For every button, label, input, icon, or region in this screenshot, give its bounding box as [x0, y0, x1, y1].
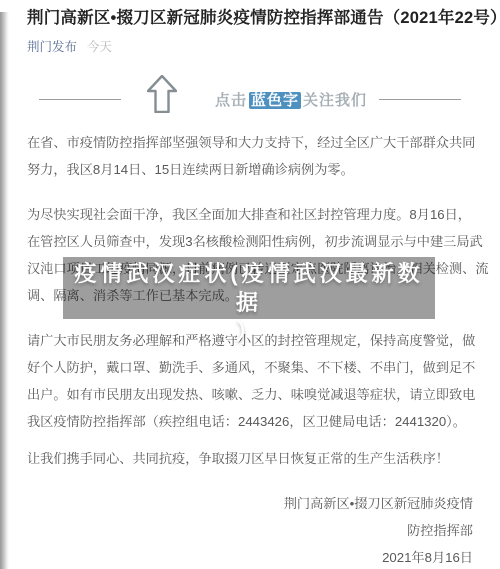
follow-text-highlight: 蓝色字 — [249, 92, 301, 109]
publish-time: 今天 — [87, 40, 112, 54]
divider-line-right — [379, 99, 461, 100]
article-title: 荆门高新区•掇刀区新冠肺炎疫情防控指挥部通告（2021年22号） — [27, 6, 473, 30]
divider-line-left — [39, 99, 121, 100]
watermark-overlay: 疫情武汉症状(疫情武汉最新数据 ） — [63, 257, 435, 319]
article-body: 在省、市疫情防控指挥部坚强领导和大力支持下，经过全区广大干部群众共同 努力，我区… — [0, 129, 500, 569]
signature-line-2: 防控指挥部 — [27, 517, 473, 544]
paragraph-4: 让我们携手同心、共同抗疫，争取掇刀区早日恢复正常的生产生活秩序！ — [27, 445, 473, 472]
account-name-link[interactable]: 荆门发布 — [27, 40, 77, 54]
paragraph-1: 在省、市疫情防控指挥部坚强领导和大力支持下，经过全区广大干部群众共同 努力，我区… — [27, 129, 473, 183]
signature-line-1: 荆门高新区•掇刀区新冠肺炎疫情 — [27, 490, 473, 517]
signature-date: 2021年8月16日 — [27, 544, 473, 569]
follow-banner-text: 点击蓝色字关注我们 — [215, 89, 367, 110]
up-arrow-icon — [147, 75, 177, 118]
follow-text-suffix: 关注我们 — [303, 92, 367, 109]
follow-text-prefix: 点击 — [215, 92, 247, 109]
byline: 荆门发布今天 — [27, 39, 473, 56]
article-page: 荆门高新区•掇刀区新冠肺炎疫情防控指挥部通告（2021年22号） 荆门发布今天 … — [0, 6, 500, 569]
signature-block: 荆门高新区•掇刀区新冠肺炎疫情 防控指挥部 2021年8月16日 — [27, 490, 473, 569]
follow-banner[interactable]: 点击蓝色字关注我们 — [18, 79, 482, 119]
